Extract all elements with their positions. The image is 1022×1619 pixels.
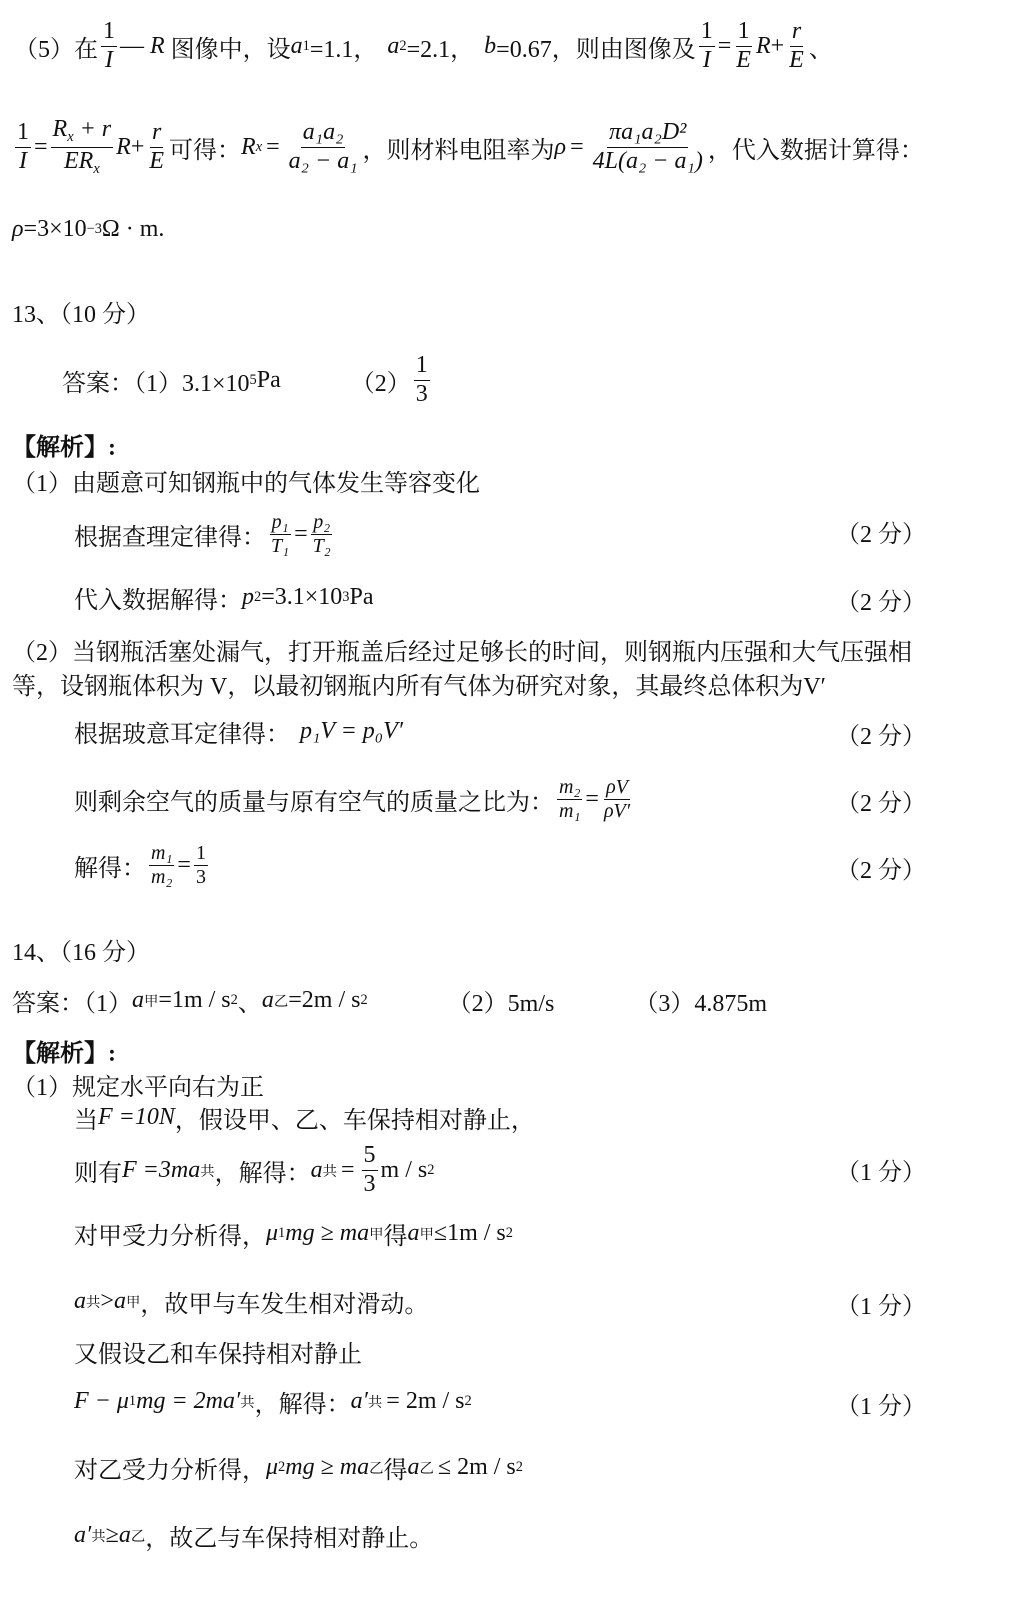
text: 、 [809, 29, 833, 64]
score-badge: （1 分） [836, 1286, 926, 1321]
q13-heading: 13、（10 分） [12, 294, 150, 328]
text: 得 [384, 1450, 408, 1485]
answer3: （3）4.875m [634, 983, 767, 1018]
score-badge: （1 分） [836, 1152, 926, 1187]
fraction: ρVρV′ [602, 777, 632, 822]
subscript: 甲 [369, 1223, 383, 1244]
fraction-five-thirds: 53 [362, 1143, 378, 1196]
exponent: 2 [360, 992, 367, 1009]
formula: mg = 2ma′ [136, 1388, 240, 1415]
value: =2m / s [288, 987, 360, 1014]
subscript: 1 [303, 38, 310, 55]
q13-step2: 代入数据解得： p2 =3.1×103Pa [74, 580, 373, 614]
text: 又假设乙和车保持相对静止 [74, 1334, 362, 1369]
var-R: R [116, 134, 131, 161]
fraction: p₂T₂ [311, 512, 333, 557]
equals: = [266, 134, 280, 161]
answer-label: 答案：（1）3.1×10 [62, 363, 250, 398]
text: 对甲受力分析得， [74, 1216, 266, 1251]
subscript: 甲 [126, 1291, 140, 1312]
equals: = [570, 134, 584, 161]
subscript: 2 [399, 38, 406, 55]
q13-step1: 根据查理定律得： p₁T₁ = p₂T₂ [74, 506, 336, 562]
text: 解得： [74, 848, 146, 883]
fraction-1-over-I: 1I [101, 19, 117, 72]
score-badge: （1 分） [836, 1386, 926, 1421]
q14-answer: 答案：（1） a甲 =1m / s2 、 a乙 =2m / s2 （2）5m/s… [12, 982, 767, 1018]
fraction: rE [787, 19, 806, 72]
q14-line5: 又假设乙和车保持相对静止 [74, 1334, 362, 1368]
q13-part2-line1: （2）当钢瓶活塞处漏气，打开瓶盖后经过足够长的时间，则钢瓶内压强和大气压强相 [12, 632, 912, 666]
formula: mg ≥ ma [285, 1454, 369, 1481]
q13-step3: 根据玻意耳定律得： p₁V = p₀V′ [74, 714, 403, 748]
text: 对乙受力分析得， [74, 1450, 266, 1485]
value: =3.1×10 [261, 584, 342, 611]
equals: = [585, 786, 599, 813]
q13-answer: 答案：（1）3.1×105Pa （2） 13 [62, 348, 433, 412]
var-a: a [262, 987, 274, 1014]
subscript: 共 [368, 1391, 382, 1412]
fraction: rE [147, 120, 166, 173]
fraction: 1E [734, 19, 753, 72]
q12-part5-line2: 1I = Rx + r ERx R + rE 可得： Rx = a₁a₂a₂ −… [12, 112, 924, 182]
var-R: R [150, 33, 165, 60]
fraction: m₂m₁ [557, 777, 582, 822]
q13-part1-intro: （1）由题意可知钢瓶中的气体发生等容变化 [12, 464, 480, 496]
equals: = [718, 33, 732, 60]
fraction: p₁T₁ [269, 512, 291, 557]
formula: mg ≥ ma [285, 1220, 369, 1247]
var-rho: ρ [12, 216, 24, 243]
fraction: Rx + r ERx [51, 117, 114, 176]
q14-line4: a共 > a甲 ，故甲与车发生相对滑动。 [74, 1284, 428, 1318]
text: 则剩余空气的质量与原有空气的质量之比为： [74, 782, 554, 817]
text: （1）规定水平向右为正 [12, 1067, 264, 1102]
subscript: 共 [240, 1391, 254, 1412]
fraction: 1I [15, 120, 31, 173]
subscript: 乙 [274, 990, 288, 1011]
subscript: 2 [278, 1459, 285, 1476]
q14-line8: a′共 ≥ a乙 ，故乙与车保持相对静止。 [74, 1518, 433, 1552]
dash: — [120, 33, 144, 60]
var-b: b [484, 33, 496, 60]
heading-text: 14、（16 分） [12, 932, 150, 967]
subscript: 1 [129, 1393, 136, 1410]
formula: p₁V = p₀V′ [300, 718, 403, 745]
analysis-label: 【解析】: [12, 1033, 116, 1068]
analysis-label: 【解析】: [12, 427, 116, 462]
score-badge: （2 分） [836, 514, 926, 549]
text: 等，设钢瓶体积为 V，以最初钢瓶内所有气体为研究对象，其最终总体积为V′ [12, 666, 826, 701]
subscript: 共 [91, 1525, 105, 1546]
q13-part2-line2: 等，设钢瓶体积为 V，以最初钢瓶内所有气体为研究对象，其最终总体积为V′ [12, 666, 826, 700]
value: =2.1， [407, 29, 475, 64]
var-mu: μ [266, 1454, 278, 1481]
var-a: a [408, 1454, 420, 1481]
q14-part1-intro: （1）规定水平向右为正 [12, 1068, 264, 1100]
value: ≤ 2m / s [438, 1454, 516, 1481]
value: =0.67，则由图像及 [496, 29, 696, 64]
heading-text: 13、（10 分） [12, 294, 150, 329]
fraction: πa₁a₂D²4L(a₂ − a₁) [591, 120, 705, 173]
fraction: 1I [699, 19, 715, 72]
text: 可得： [169, 130, 241, 165]
text: ，代入数据计算得： [708, 130, 924, 165]
var-a: a [408, 1220, 420, 1247]
value: =1.1， [310, 29, 378, 64]
text: ，假设甲、乙、车保持相对静止， [175, 1100, 535, 1135]
q14-line2: 则有 F =3ma共 ，解得： a共 = 53 m / s2 [74, 1140, 434, 1200]
formula: F =3ma [122, 1157, 200, 1184]
q13-step5: 解得： m₁m₂ = 13 [74, 836, 211, 894]
subscript: x [256, 139, 262, 156]
text: （2）当钢瓶活塞处漏气，打开瓶盖后经过足够长的时间，则钢瓶内压强和大气压强相 [12, 632, 912, 667]
var-a-prime: a′ [351, 1388, 368, 1415]
var-mu: μ [266, 1220, 278, 1247]
q14-line7: 对乙受力分析得， μ2 mg ≥ ma乙 得 a乙 ≤ 2m / s2 [74, 1450, 523, 1484]
text: ，解得： [255, 1384, 351, 1419]
var-a: a [114, 1288, 126, 1315]
fraction: a₁a₂a₂ − a₁ [287, 120, 360, 173]
text: 图像中，设 [171, 29, 291, 64]
subscript: 2 [254, 589, 261, 606]
exponent: 5 [250, 372, 257, 389]
operator: > [100, 1288, 114, 1315]
var-a-prime: a′ [74, 1522, 91, 1549]
subscript: 共 [86, 1291, 100, 1312]
formula: F =10N [98, 1104, 175, 1131]
plus: + [771, 33, 785, 60]
score-badge: （2 分） [836, 716, 926, 751]
value: =1m / s [158, 987, 230, 1014]
var-a: a [132, 987, 144, 1014]
q13-step4: 则剩余空气的质量与原有空气的质量之比为： m₂m₁ = ρVρV′ [74, 770, 635, 828]
unit: Ω · m. [102, 216, 165, 243]
q14-heading: 14、（16 分） [12, 932, 150, 966]
unit: Pa [349, 584, 373, 611]
q14-analysis-label: 【解析】: [12, 1034, 116, 1066]
exponent: 2 [465, 1393, 472, 1410]
fraction-one-third: 13 [414, 353, 430, 406]
plus: + [131, 134, 145, 161]
var-rho: ρ [555, 134, 567, 161]
var-R: R [756, 33, 771, 60]
text: 当 [74, 1100, 98, 1135]
subscript: 乙 [420, 1457, 434, 1478]
score-badge: （2 分） [836, 850, 926, 885]
q13-analysis-label: 【解析】: [12, 428, 116, 460]
text: （1）由题意可知钢瓶中的气体发生等容变化 [12, 463, 480, 498]
unit: m / s [381, 1157, 428, 1184]
var-a: a [119, 1522, 131, 1549]
q12-part5-line3: ρ =3×10−3 Ω · m. [12, 212, 164, 246]
var-Rx: R [241, 134, 256, 161]
exponent: 2 [427, 1162, 434, 1179]
text: 根据查理定律得： [74, 517, 266, 552]
formula: F − μ [74, 1388, 129, 1415]
score-badge: （2 分） [836, 783, 926, 818]
value: = 2m / s [386, 1388, 464, 1415]
text: 则有 [74, 1153, 122, 1188]
var-a: a [74, 1288, 86, 1315]
equals: = [177, 852, 191, 879]
var-a: a [291, 33, 303, 60]
fraction: 13 [194, 843, 208, 888]
text: ，故甲与车发生相对滑动。 [140, 1284, 428, 1319]
text: （5）在 [14, 29, 98, 64]
answer2-label: （2） [351, 363, 411, 398]
subscript: 乙 [369, 1457, 383, 1478]
text: 得 [384, 1216, 408, 1251]
q14-line1: 当 F =10N ，假设甲、乙、车保持相对静止， [74, 1100, 535, 1134]
text: ，故乙与车保持相对静止。 [145, 1518, 433, 1553]
q14-line3: 对甲受力分析得， μ1 mg ≥ ma甲 得 a甲 ≤1m / s2 [74, 1216, 513, 1250]
answer2: （2）5m/s [448, 983, 555, 1018]
value: =3×10 [24, 216, 87, 243]
exponent: −3 [87, 221, 102, 238]
var-a: a [387, 33, 399, 60]
subscript: 甲 [420, 1223, 434, 1244]
equals: = [294, 521, 308, 548]
text: ，解得： [215, 1153, 311, 1188]
answer-label: 答案：（1） [12, 983, 132, 1018]
value: ≤1m / s [434, 1220, 506, 1247]
subscript: 乙 [131, 1525, 145, 1546]
q12-part5-line1: （5）在 1I — R 图像中，设 a1 =1.1， a2 =2.1， b =0… [14, 14, 833, 78]
text: 根据玻意耳定律得： [74, 714, 290, 749]
score-badge: （2 分） [836, 582, 926, 617]
fraction: m₁m₂ [149, 843, 174, 888]
subscript: 1 [278, 1225, 285, 1242]
var-p: p [242, 584, 254, 611]
subscript: 共 [200, 1160, 214, 1181]
equals: = [341, 1157, 355, 1184]
equals: = [34, 134, 48, 161]
subscript: 甲 [144, 990, 158, 1011]
exponent: 2 [231, 992, 238, 1009]
exponent: 2 [506, 1225, 513, 1242]
var-a: a [311, 1157, 323, 1184]
text: 代入数据解得： [74, 580, 242, 615]
unit: Pa [257, 367, 281, 394]
exponent: 3 [342, 589, 349, 606]
text: ，则材料电阻率为 [363, 130, 555, 165]
separator: 、 [238, 983, 262, 1018]
exponent: 2 [516, 1459, 523, 1476]
operator: ≥ [106, 1522, 119, 1549]
q14-line6: F − μ1 mg = 2ma′共 ，解得： a′共 = 2m / s2 [74, 1384, 472, 1418]
subscript: 共 [323, 1160, 337, 1181]
